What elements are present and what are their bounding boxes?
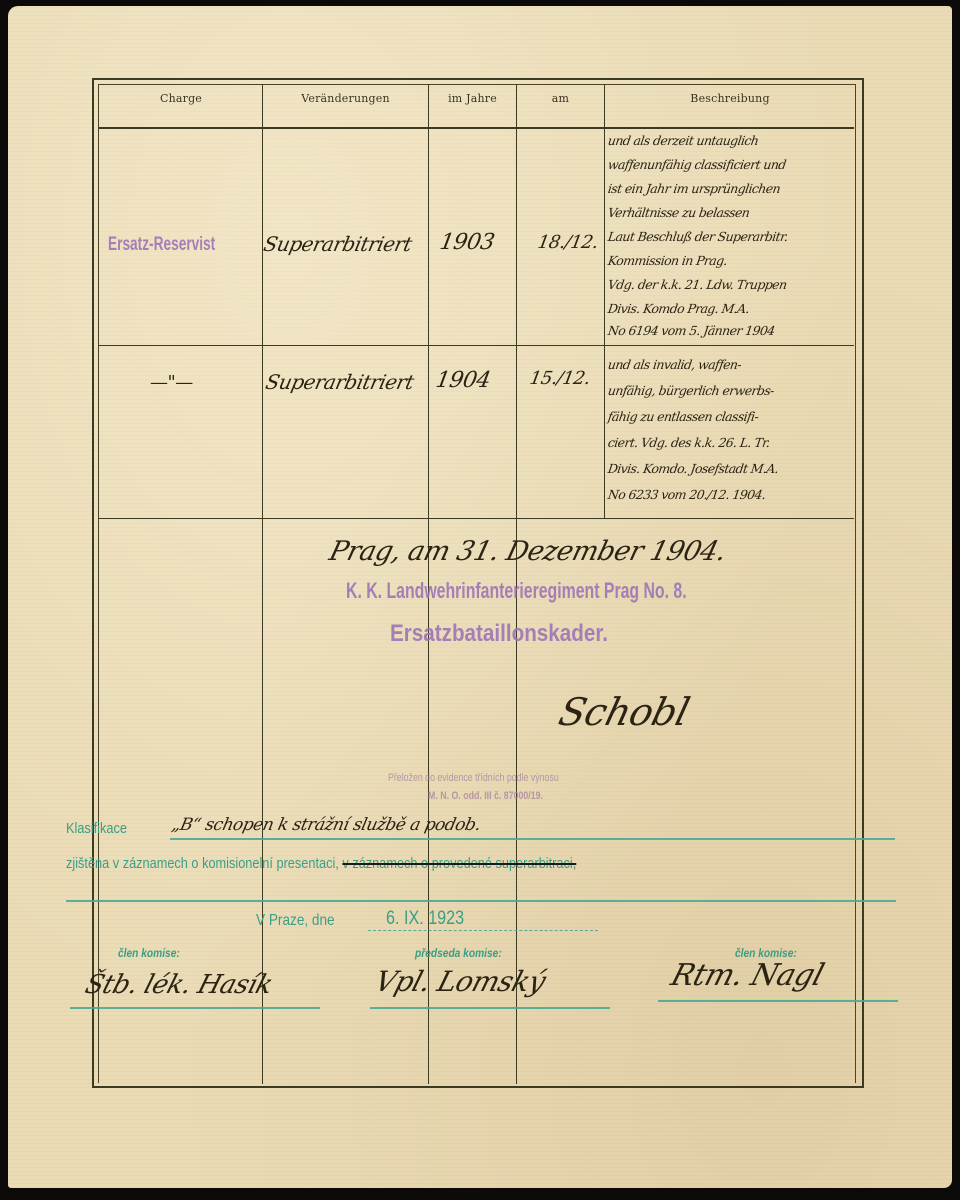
header-rule	[99, 127, 854, 129]
column-divider	[262, 84, 263, 1084]
am-entry: 18./12.	[536, 232, 600, 253]
classification-underline	[170, 838, 895, 840]
battalion-stamp: Ersatzbataillonskader.	[390, 620, 608, 648]
header-beschreibung: Beschreibung	[605, 92, 855, 105]
date-underline	[368, 930, 598, 932]
signature-role-1: člen komise:	[118, 946, 180, 960]
jahr-entry: 1903	[438, 230, 496, 255]
classification-source: zjištěna v záznamech o komisionelní pres…	[66, 855, 576, 872]
classification-source-struck: v záznamech o provedené superarbitraci,	[342, 855, 576, 872]
column-divider	[604, 84, 605, 518]
veraenderung-entry: Superarbitriert	[261, 232, 414, 256]
header-charge: Charge	[100, 92, 262, 105]
classification-source-text: zjištěna v záznamech o komisionelní pres…	[66, 855, 339, 872]
row-divider	[99, 518, 854, 519]
veraenderung-entry: Superarbitriert	[263, 370, 416, 394]
header-am: am	[517, 92, 604, 105]
regiment-stamp: K. K. Landwehrinfanterieregiment Prag No…	[346, 578, 687, 604]
jahr-entry: 1904	[434, 368, 492, 393]
header-im-jahre: im Jahre	[429, 92, 516, 105]
signature-line-3	[658, 1000, 898, 1002]
am-entry: 15./12.	[528, 368, 592, 389]
signature-line-2	[370, 1007, 610, 1009]
filing-stamp-line1: Přeložen do evidence třídních podle výno…	[388, 772, 559, 784]
classification-value: „B“ schopen k strážní službě a podob.	[170, 815, 483, 835]
signature-role-2: předseda komise:	[415, 946, 502, 960]
signature-line-1	[70, 1007, 320, 1009]
header-veraenderungen: Veränderungen	[263, 92, 428, 105]
charge-stamp: Ersatz-Reservist	[108, 234, 215, 256]
signature-3: Rtm. Nagl	[667, 958, 828, 993]
charge-ditto: —"—	[150, 372, 193, 393]
signature-1: Štb. lék. Hasík	[82, 970, 276, 1000]
place-date-handwritten: Prag, am 31. Dezember 1904.	[326, 536, 729, 567]
filing-stamp-line2: M. N. O. odd. III č. 87000/19.	[428, 790, 543, 802]
commission-date: 6. IX. 1923	[386, 908, 464, 930]
signature-2: Vpl. Lomský	[371, 965, 549, 998]
commander-signature: Schobl	[555, 690, 694, 734]
divider-green	[66, 900, 896, 902]
row-divider	[99, 345, 854, 346]
place-label: V Praze, dne	[256, 912, 335, 930]
classification-label: Klasifikace	[66, 820, 127, 837]
